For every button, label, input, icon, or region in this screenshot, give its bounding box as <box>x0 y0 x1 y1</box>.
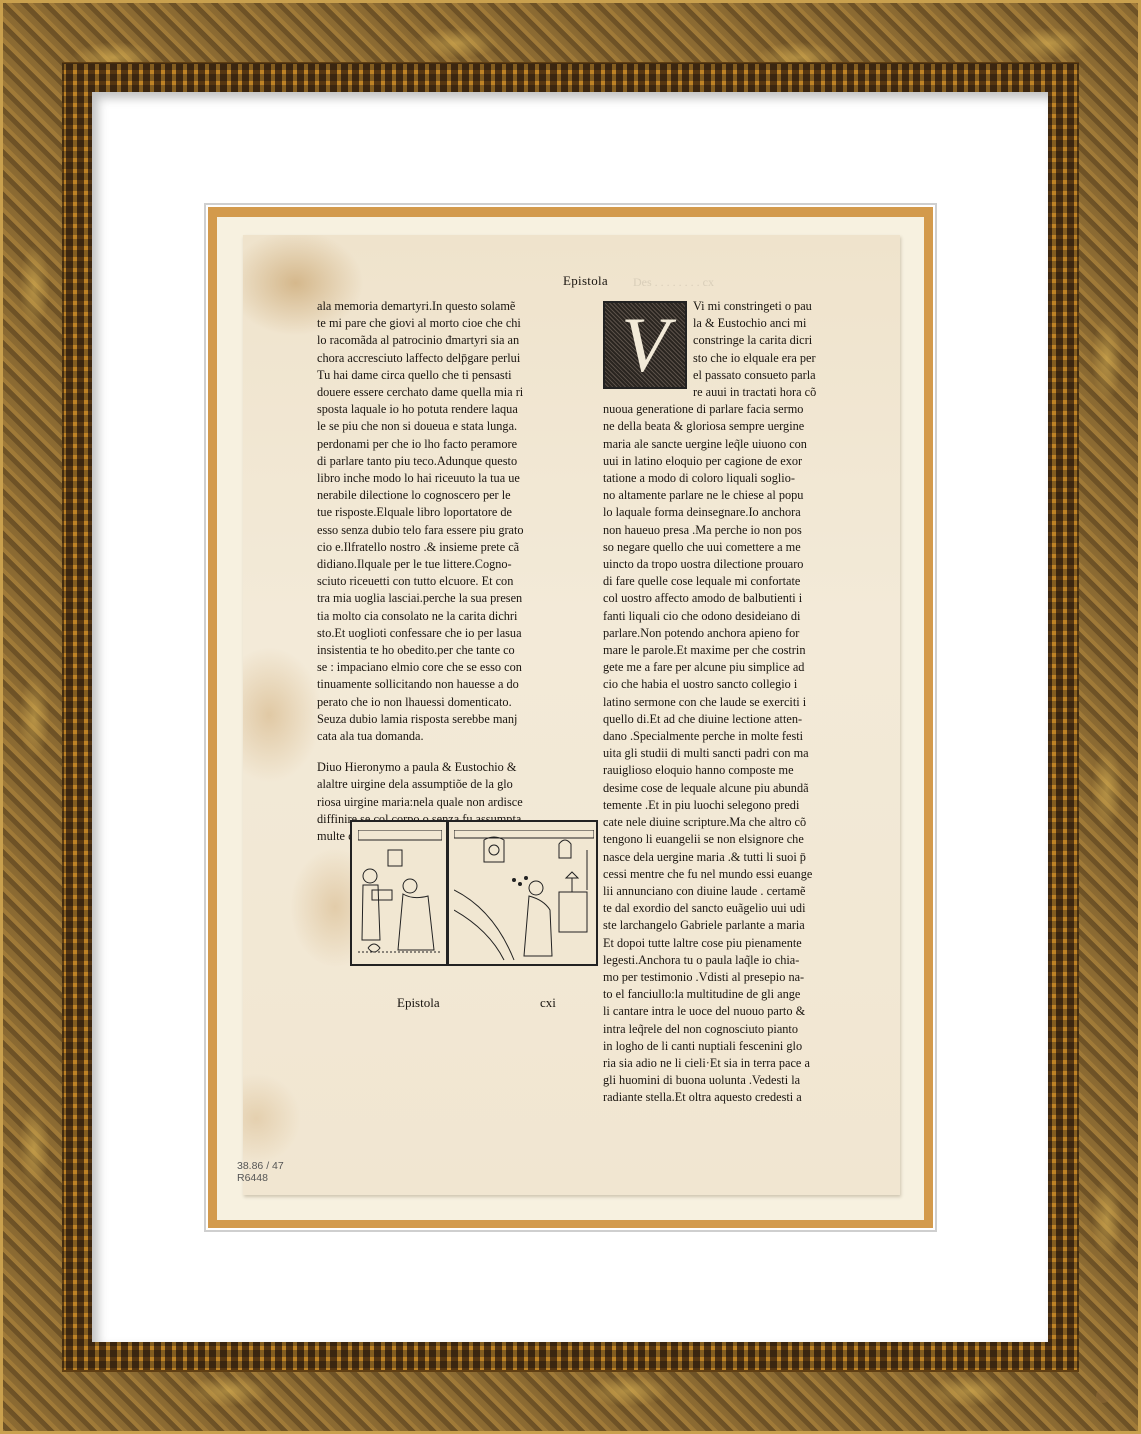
text-line: maria ale sancte uergine leq̃le uiuono c… <box>603 436 859 453</box>
text-line: Tu hai dame circa quello che ti pensasti <box>317 367 573 384</box>
text-line: didiano.Ilquale per le tue littere.Cogno… <box>317 556 573 573</box>
text-line: fanti liquali cio che odono desideiano d… <box>603 608 859 625</box>
text-line: douere essere cerchato dame quella mia r… <box>317 384 573 401</box>
text-line: constringe la carita dicri <box>693 332 859 349</box>
text-line: latino sermone con che laude se exerciti… <box>603 694 859 711</box>
woodcut-divider <box>446 822 449 964</box>
woodcut-right-scene-icon <box>454 830 594 962</box>
text-line: tue risposte.Elquale libro loportatore d… <box>317 504 573 521</box>
text-line: ria sia adio ne li cieli·Et sia in terra… <box>603 1055 859 1072</box>
text-line: perato che io non lhauessi domenticato. <box>317 694 573 711</box>
foxing-stain <box>1096 1389 1110 1403</box>
text-line: cessi mentre che fu nel mundo essi euang… <box>603 866 859 883</box>
text-line: quello di.Et ad che diuine lectione atte… <box>603 711 859 728</box>
running-head: Epistola <box>563 273 608 289</box>
text-line: sposta laquale io ho potuta rendere laqu… <box>317 401 573 418</box>
text-line: ste larchangelo Gabriele parlante a mari… <box>603 917 859 934</box>
text-line: le se piu che non si doueua e stata lung… <box>317 418 573 435</box>
text-line: ala memoria demartyri.In questo solamẽ <box>317 298 573 315</box>
text-line: chora accresciuto laffecto delp̄gare per… <box>317 350 573 367</box>
printed-leaf: Des . . . . . . . . cx Epistola ala memo… <box>243 235 900 1195</box>
text-line: te mi pare che giovi al morto cioe che c… <box>317 315 573 332</box>
text-line: mo per testimonio .Vdisti al presepio na… <box>603 969 859 986</box>
text-line: so negare quello che uui comettere a me <box>603 539 859 556</box>
chapter-heading-line: riosa uirgine maria:nela quale non ardis… <box>317 794 573 811</box>
text-line: uincto da tropo uostra dilectione prouar… <box>603 556 859 573</box>
text-line: nasce dela uergine maria .& tutti li suo… <box>603 849 859 866</box>
text-line: Et dopoi tutte laltre cose piu pienament… <box>603 935 859 952</box>
text-line: la & Eustochio anci mi <box>693 315 859 332</box>
chapter-heading-line: alaltre uirgine dela assumptiõe de la gl… <box>317 776 573 793</box>
text-line: tengono li euangelii se non elsignore ch… <box>603 831 859 848</box>
text-line: Seuza dubio lamia risposta serebbe manj <box>317 711 573 728</box>
text-line: lii annunciano con diuine laude . certam… <box>603 883 859 900</box>
text-line: lo racomãda al patrocinio đmartyri sia a… <box>317 332 573 349</box>
text-line: cio e.Ilfratello nostro .& insieme prete… <box>317 539 573 556</box>
text-line: cata ala tua domanda. <box>317 728 573 745</box>
text-line: non haueuo presa .Ma perche io non pos <box>603 522 859 539</box>
text-line: cio che habia el uostro sancto collegio … <box>603 676 859 693</box>
text-line: tia molto cia consolato ne la carita dic… <box>317 608 573 625</box>
text-line: insistentia te ho obedito.per che tante … <box>317 642 573 659</box>
text-line: libro inche modo lo hai riceuuto la tua … <box>317 470 573 487</box>
text-line: radiante stella.Et oltra aquesto credest… <box>603 1089 859 1106</box>
show-through-text: Des . . . . . . . . cx <box>633 275 714 290</box>
text-line: col uostro affecto amodo de balbutienti … <box>603 590 859 607</box>
text-line: el passato consueto parla <box>693 367 859 384</box>
text-line: Vi mi constringeti o pau <box>693 298 859 315</box>
woodcut-left-scene-icon <box>358 830 442 962</box>
chapter-heading-line: Diuo Hieronymo a paula & Eustochio & <box>317 759 573 776</box>
accession-number: 38.86 / 47 <box>237 1160 284 1172</box>
text-line: di fare quelle cose lequale mi confortat… <box>603 573 859 590</box>
text-line: re auui in tractati hora cõ <box>693 384 859 401</box>
text-line: sto.Et uoglioti confessare che io per la… <box>317 625 573 642</box>
footer-title: Epistola <box>397 995 440 1011</box>
text-line: desime cose de lequale alcune piu abundã <box>603 780 859 797</box>
text-line: sciuto riceuetti con tutto elcuore. Et c… <box>317 573 573 590</box>
text-line: no altamente parlare ne le chiese al pop… <box>603 487 859 504</box>
text-line: in logho de li canti nuptiali fescenini … <box>603 1038 859 1055</box>
text-line: mare le parole.Et maxime per che costrin <box>603 642 859 659</box>
text-line: esso senza dubio telo fara essere piu gr… <box>317 522 573 539</box>
text-line: tinuamente sollicitando non hauesse a do <box>317 676 573 693</box>
text-line: dano .Specialmente perche in molte festi <box>603 728 859 745</box>
text-line: di parlare tanto piu teco.Adunque questo <box>317 453 573 470</box>
text-line: gli huomini di buona uolunta .Vedesti la <box>603 1072 859 1089</box>
text-line: uita gli studii di multi sancti padri co… <box>603 745 859 762</box>
text-line: nuoua generatione di parlare facia sermo <box>603 401 859 418</box>
reference-number: R6448 <box>237 1172 284 1184</box>
text-line: ne della beata & gloriosa sempre uergine <box>603 418 859 435</box>
text-line: temente .Et in piu luochi selegono predi <box>603 797 859 814</box>
text-line: lo laquale forma deinsegnare.Io anchora <box>603 504 859 521</box>
right-column: Vi mi constringeti o paula & Eustochio a… <box>603 298 859 1107</box>
text-line: to el fanciullo:la multitudine de gli an… <box>603 986 859 1003</box>
text-line: uui in latino eloquio per cagione de exo… <box>603 453 859 470</box>
text-line: rauiglioso eloquio hanno composte me <box>603 762 859 779</box>
text-line: li cantare intra le uoce del nuouo parto… <box>603 1003 859 1020</box>
text-line: intra leq̃rele del non cognosciuto piant… <box>603 1021 859 1038</box>
text-line: sto che io elquale era per <box>693 350 859 367</box>
text-line: tatione a modo di coloro liquali soglio- <box>603 470 859 487</box>
text-line: se : impaciano elmio core che se esso co… <box>317 659 573 676</box>
left-column: ala memoria demartyri.In questo solamẽte… <box>317 298 573 845</box>
text-line: legesti.Anchora tu o paula laq̃le io chi… <box>603 952 859 969</box>
text-line: gete me a fare per alcune piu simplice a… <box>603 659 859 676</box>
text-line: perdonami per che io lho facto peramore <box>317 436 573 453</box>
woodcut-illustration <box>350 820 598 966</box>
catalog-annotation: 38.86 / 47 R6448 <box>237 1160 284 1184</box>
text-line: cate nele diuine scripture.Ma che altro … <box>603 814 859 831</box>
text-line: tra mia uoglia lasciai.perche la sua pre… <box>317 590 573 607</box>
text-line: parlare.Non potendo anchora apieno for <box>603 625 859 642</box>
folio-number: cxi <box>540 995 556 1011</box>
text-line: nerabile dilectione lo cognoscero per le <box>317 487 573 504</box>
text-line: te dal exordio del sancto euãgelio uui u… <box>603 900 859 917</box>
